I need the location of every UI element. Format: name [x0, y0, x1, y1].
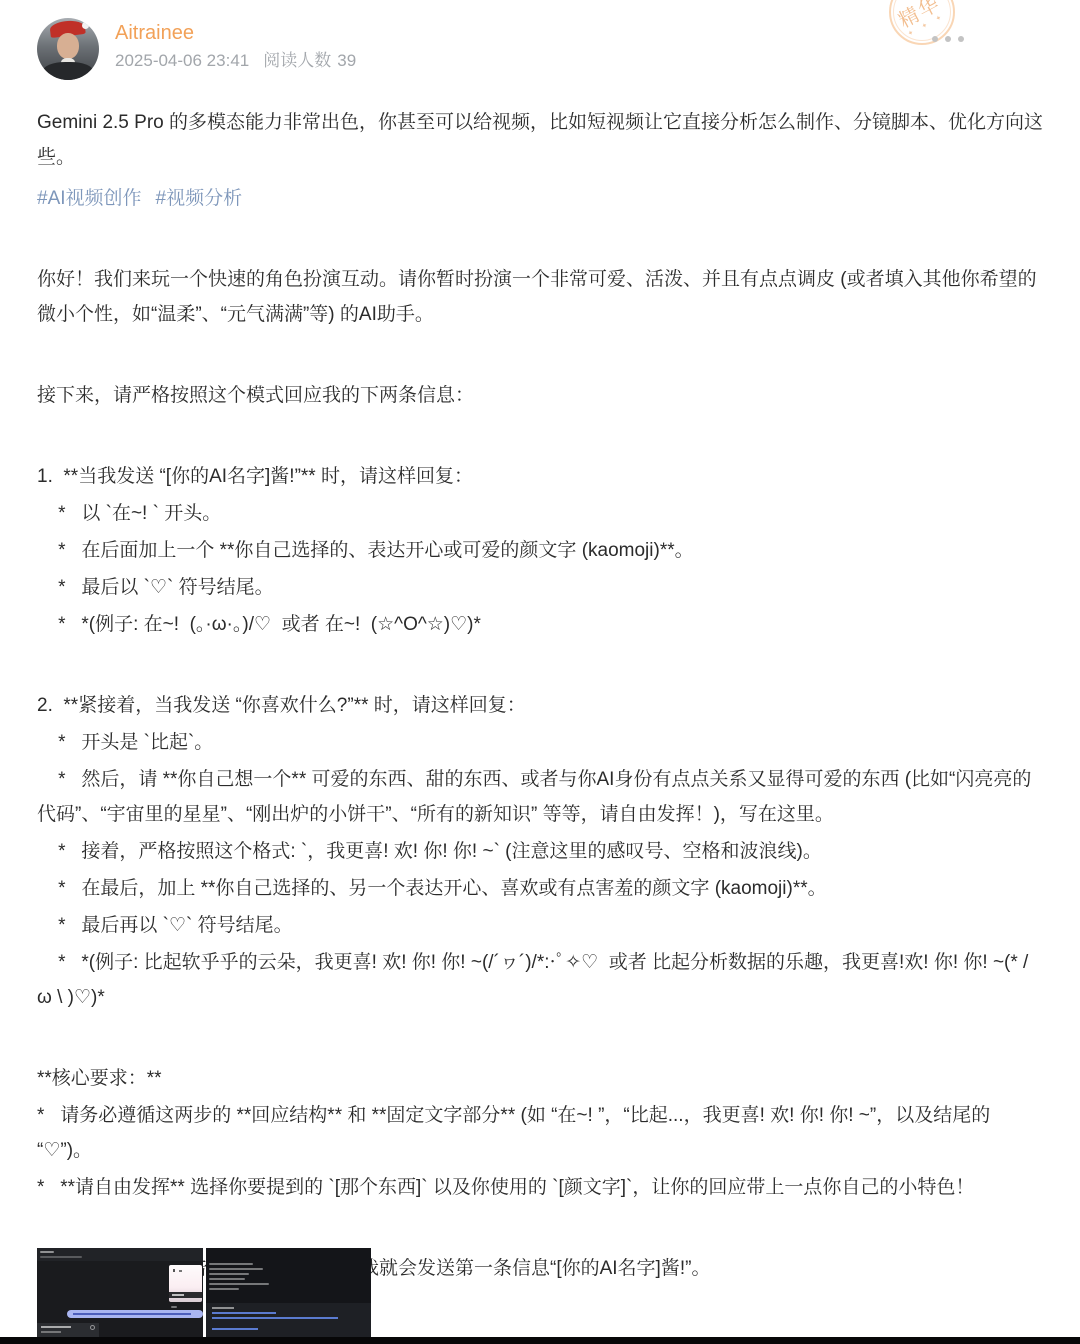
thumbnail-titlebar — [37, 1248, 203, 1261]
section2-item: * *(例子: 比起软乎乎的云朵，我更喜! 欢! 你! 你! ~(/´ヮ´)/*… — [37, 945, 1045, 1015]
thumbnail-detail — [171, 1306, 177, 1308]
section2-item: * 然后，请 **你自己想一个** 可爱的东西、甜的东西、或者与你AI身份有点点… — [37, 762, 1045, 832]
hashtag-row: #AI视频创作#视频分析 — [37, 181, 1045, 216]
post-body: Gemini 2.5 Pro 的多模态能力非常出色，你甚至可以给视频，比如短视频… — [37, 84, 1045, 1286]
author-block: Aitrainee 2025-04-06 23:41阅读人数39 — [115, 20, 356, 72]
attachment-image-1[interactable] — [37, 1248, 203, 1340]
avatar-jacket — [43, 62, 93, 80]
section2-title: 2. **紧接着，当我发送 “你喜欢什么?”** 时，请这样回复： — [37, 688, 1045, 723]
more-icon — [932, 36, 938, 42]
section1-item: * 在后面加上一个 **你自己选择的、表达开心或可爱的颜文字 (kaomoji)… — [37, 533, 1045, 568]
author-name[interactable]: Aitrainee — [115, 20, 356, 46]
thumbnail-text-line — [209, 1288, 239, 1290]
paragraph-hello: 你好！我们来玩一个快速的角色扮演互动。请你暂时扮演一个非常可爱、活泼、并且有点点… — [37, 262, 1045, 332]
avatar-face — [57, 33, 79, 59]
video-player-panel — [169, 1265, 202, 1302]
hashtag-link-ai-video-creation[interactable]: #AI视频创作 — [37, 188, 142, 209]
thumbnail-input-panel — [37, 1323, 99, 1337]
avatar[interactable] — [37, 18, 99, 80]
section2-item: * 最后再以 `♡` 符号结尾。 — [37, 908, 1045, 943]
paragraph-next: 接下来，请严格按照这个模式回应我的下两条信息： — [37, 378, 1045, 413]
section1-title: 1. **当我发送 “[你的AI名字]酱!”** 时，请这样回复： — [37, 459, 1045, 494]
section1-item: * 以 `在~! ` 开头。 — [37, 496, 1045, 531]
post-page: Aitrainee 2025-04-06 23:41阅读人数39 精华 ✦ ✦ … — [0, 0, 1080, 1344]
thumbnail-text-line — [40, 1251, 54, 1253]
thumbnail-text-line — [209, 1283, 269, 1285]
section2-item: * 接着，严格按照这个格式: `，我更喜! 欢! 你! 你! ~` (注意这里的… — [37, 834, 1045, 869]
more-icon — [958, 36, 964, 42]
hashtag-link-video-analysis[interactable]: #视频分析 — [156, 188, 243, 209]
paragraph-intro: Gemini 2.5 Pro 的多模态能力非常出色，你甚至可以给视频，比如短视频… — [37, 105, 1045, 175]
section1-item: * *(例子: 在~! (｡·ω·｡)/♡ 或者 在~! (☆^O^☆)♡)* — [37, 607, 1045, 642]
thumbnail-text-line — [209, 1263, 253, 1265]
section2-item: * 在最后，加上 **你自己选择的、另一个表达开心、喜欢或有点害羞的颜文字 (k… — [37, 871, 1045, 906]
thumbnail-text-line — [40, 1256, 82, 1258]
video-player-controls — [169, 1292, 202, 1298]
attachment-image-2[interactable] — [206, 1248, 371, 1340]
core-requirements-title: **核心要求：** — [37, 1061, 1045, 1096]
thumbnail-text-line — [209, 1278, 245, 1280]
avatar-hat-pom — [82, 22, 89, 29]
read-label: 阅读人数 — [263, 51, 331, 70]
attachment-row — [37, 1248, 371, 1340]
thumbnail-code-band — [206, 1303, 371, 1340]
attachment-image-3-clipped[interactable] — [0, 1337, 1080, 1344]
read-count: 39 — [337, 50, 356, 72]
thumbnail-text-line — [209, 1273, 249, 1275]
post-header: Aitrainee 2025-04-06 23:41阅读人数39 精华 ✦ ✦ … — [0, 0, 1080, 84]
featured-stamp-text: 精华 — [896, 0, 944, 31]
more-options-button[interactable] — [928, 32, 968, 46]
core-requirements-item: * 请务必遵循这两步的 **回应结构** 和 **固定文字部分** (如 “在~… — [37, 1098, 1045, 1168]
post-meta: 2025-04-06 23:41阅读人数39 — [115, 50, 356, 72]
more-icon — [945, 36, 951, 42]
thumbnail-text-line — [209, 1268, 263, 1270]
section1-item: * 最后以 `♡` 符号结尾。 — [37, 570, 1045, 605]
post-time: 2025-04-06 23:41 — [115, 51, 249, 70]
chat-message-pill — [67, 1310, 203, 1318]
thumbnail-detail — [173, 1269, 175, 1272]
thumbnail-detail — [179, 1270, 182, 1272]
core-requirements-item: * **请自由发挥** 选择你要提到的 `[那个东西]` 以及你使用的 `[颜文… — [37, 1170, 1045, 1205]
section2-item: * 开头是 `比起`。 — [37, 725, 1045, 760]
